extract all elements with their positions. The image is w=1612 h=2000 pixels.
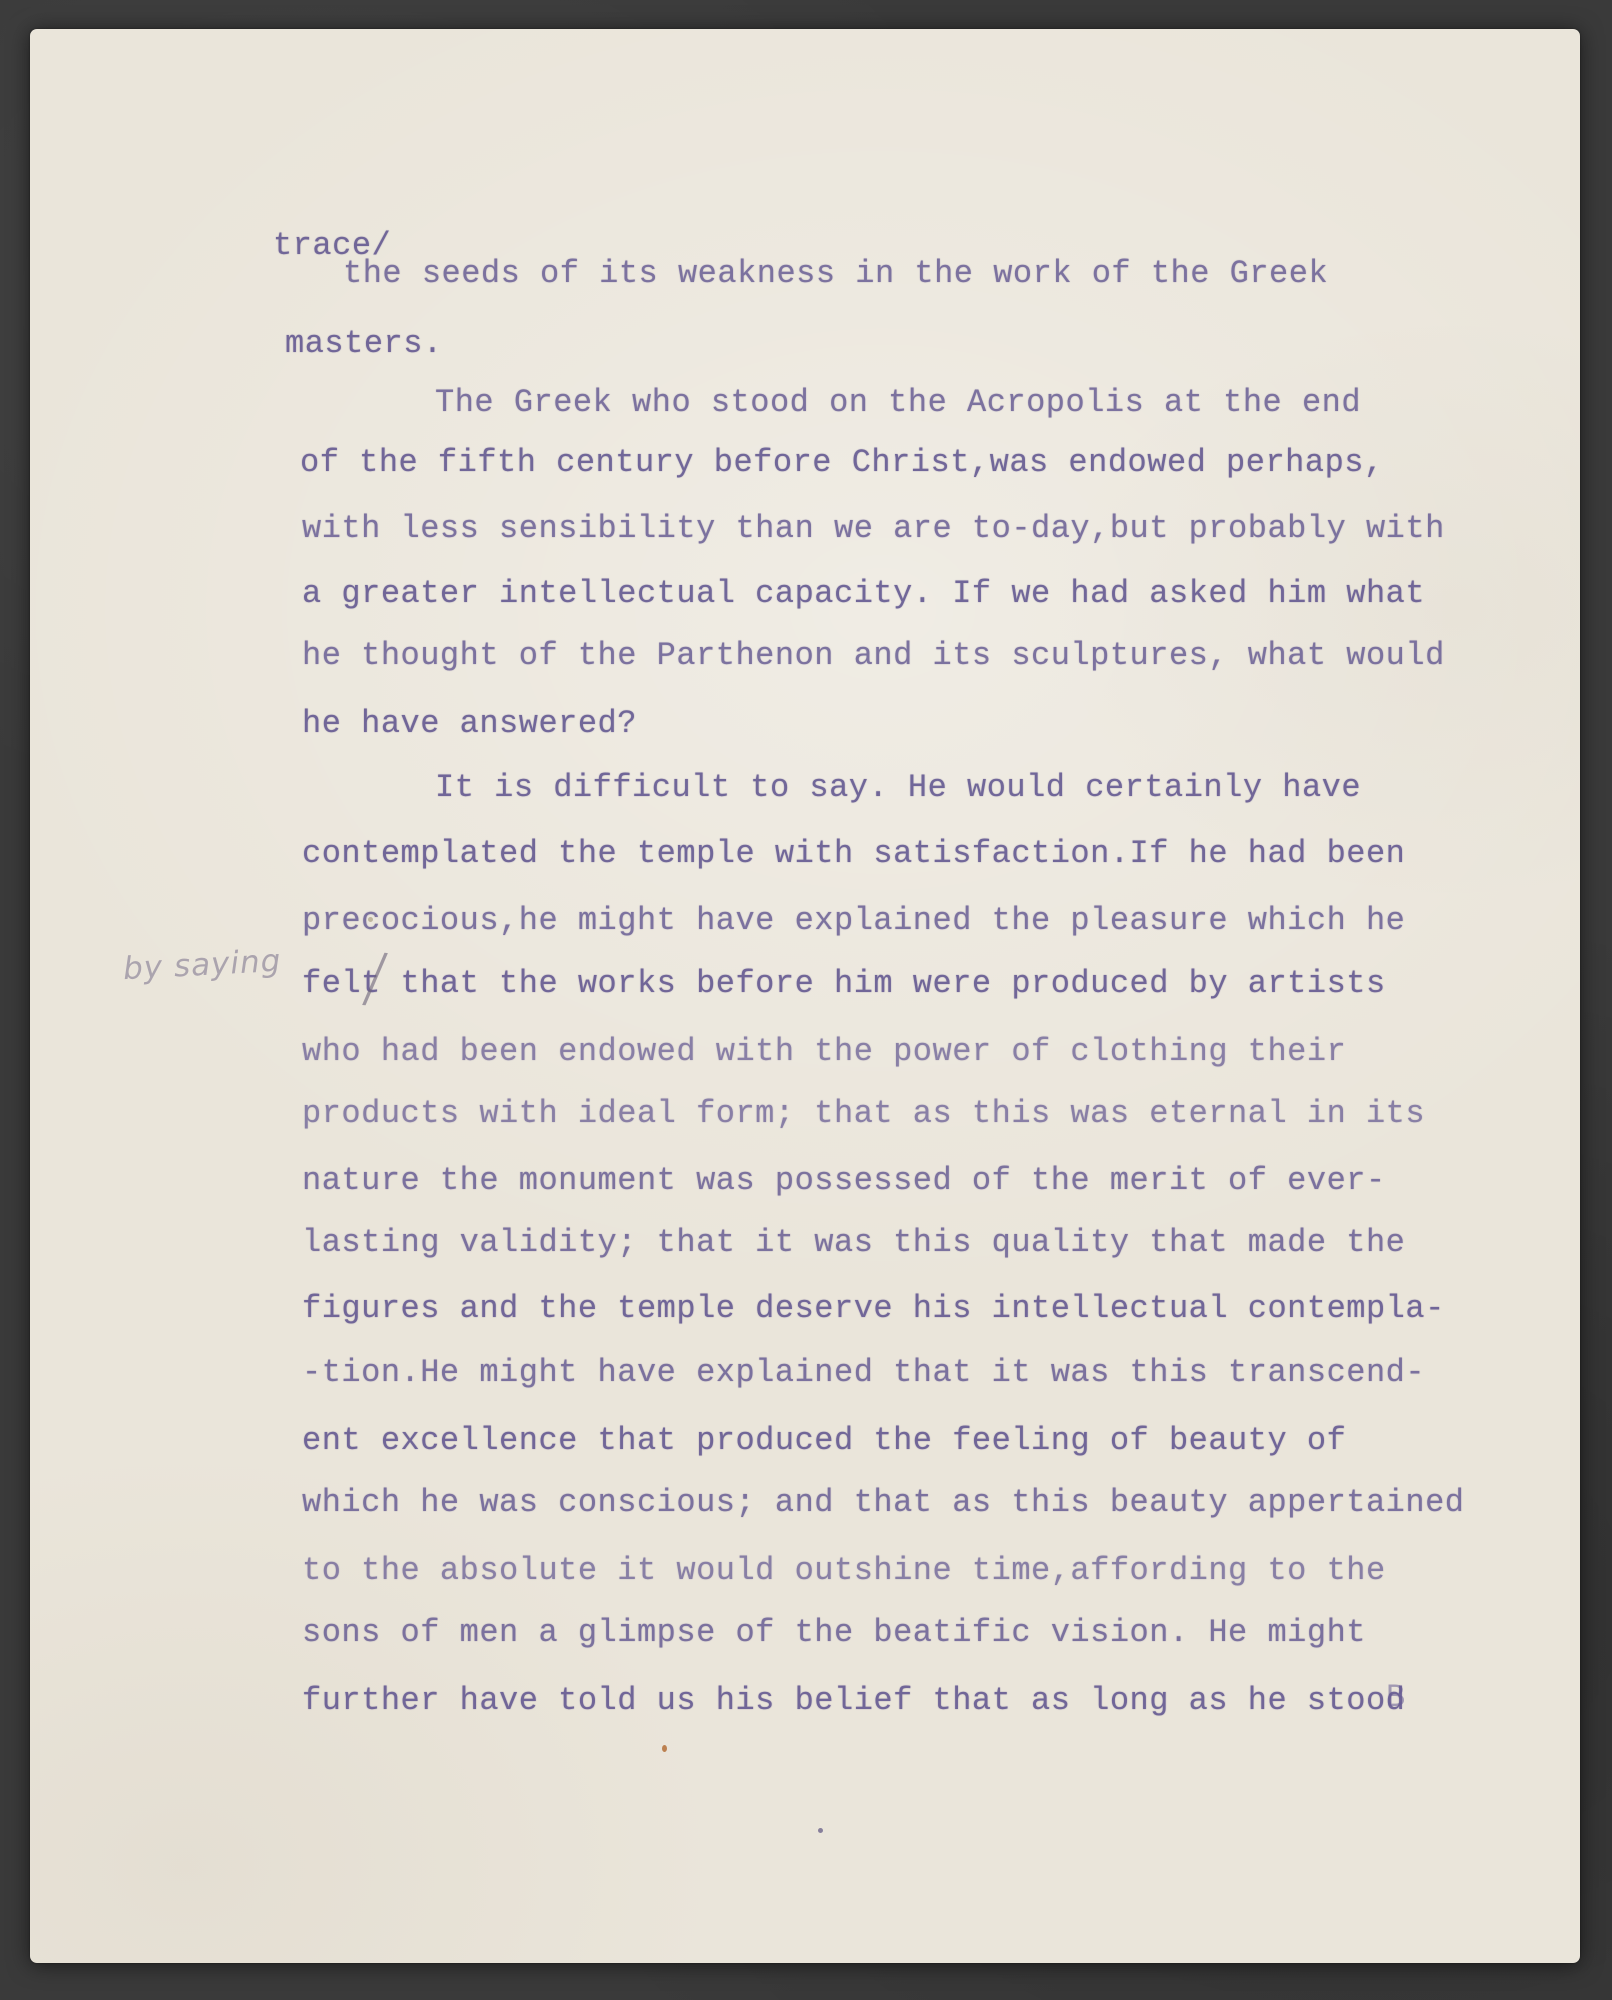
typed-line: nature the monument was possessed of the…	[302, 1161, 1386, 1201]
typed-line: It is difficult to say. He would certain…	[435, 768, 1361, 808]
typed-line: lasting validity; that it was this quali…	[302, 1223, 1405, 1263]
typed-line: the seeds of its weakness in the work of…	[343, 254, 1328, 294]
typed-line: -tion.He might have explained that it wa…	[302, 1353, 1425, 1393]
typed-line: to the absolute it would outshine time,a…	[302, 1551, 1386, 1591]
typed-line: which he was conscious; and that as this…	[302, 1483, 1464, 1523]
handwritten-margin-note: by saying	[122, 943, 282, 987]
typed-line: contemplated the temple with satisfactio…	[302, 834, 1405, 874]
typed-line: ent excellence that produced the feeling…	[302, 1421, 1346, 1461]
manuscript-page: trace/ the seeds of its weakness in the …	[30, 29, 1580, 1963]
typed-line: with less sensibility than we are to-day…	[302, 509, 1445, 549]
typed-line: he have answered?	[302, 704, 637, 744]
typed-line: sons of men a glimpse of the beatific vi…	[302, 1613, 1366, 1653]
paper-speck	[662, 1745, 667, 1752]
scanned-manuscript-screenshot: { "page": { "description": "Scanned type…	[0, 0, 1612, 2000]
typed-line: a greater intellectual capacity. If we h…	[302, 574, 1425, 614]
typed-line: he thought of the Parthenon and its scul…	[302, 636, 1445, 676]
overstruck-character: B	[1386, 1679, 1405, 1716]
typed-line: The Greek who stood on the Acropolis at …	[435, 383, 1361, 423]
typed-line: masters.	[285, 324, 443, 364]
typed-line: precocious,he might have explained the p…	[302, 901, 1405, 941]
typed-line: who had been endowed with the power of c…	[302, 1032, 1346, 1072]
typed-line: products with ideal form; that as this w…	[302, 1094, 1425, 1134]
typed-line: further have told us his belief that as …	[302, 1681, 1405, 1721]
typed-line: felt that the works before him were prod…	[302, 964, 1386, 1004]
paper-speck	[368, 917, 373, 922]
paper-speck	[818, 1828, 823, 1833]
typed-line: of the fifth century before Christ,was e…	[300, 443, 1384, 483]
typed-line: figures and the temple deserve his intel…	[302, 1289, 1445, 1329]
